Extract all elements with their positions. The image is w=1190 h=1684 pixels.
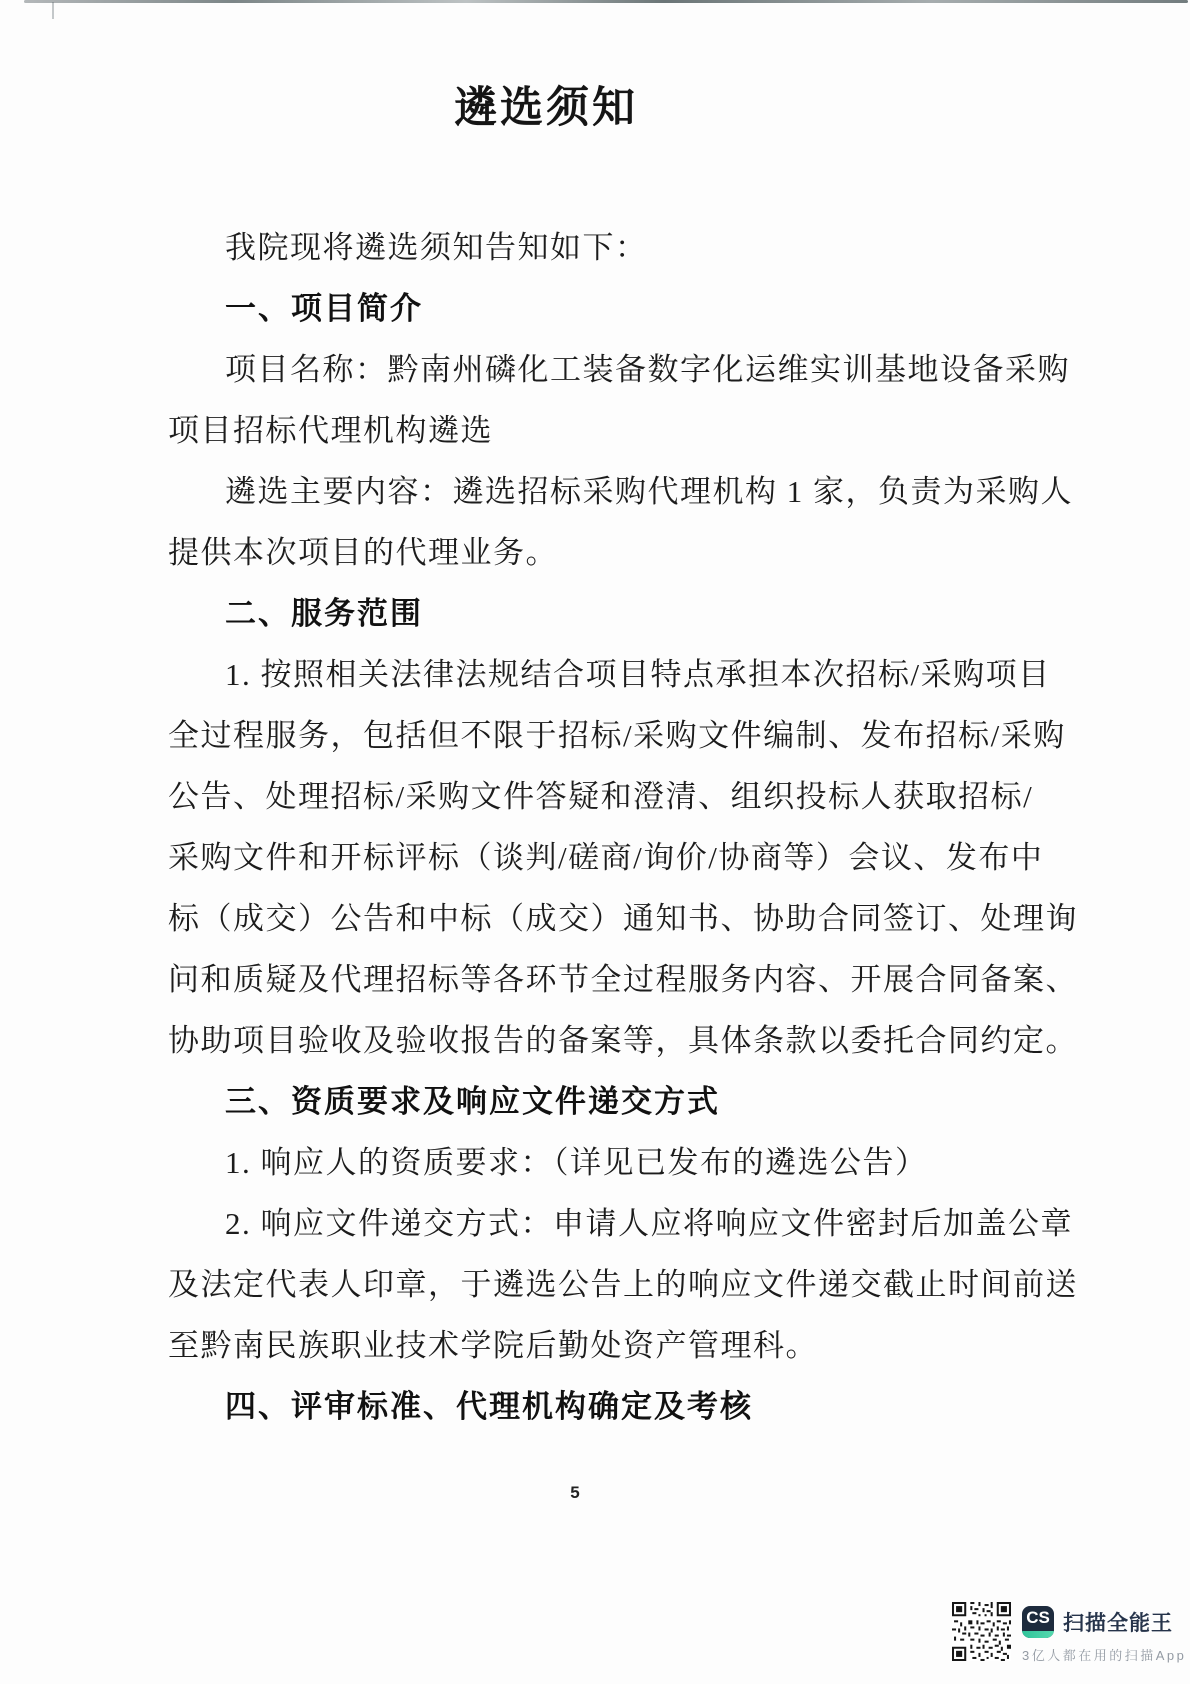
scan-edge-tick <box>52 2 54 19</box>
scanned-document-page: 遴选须知 我院现将遴选须知告知如下： 一、项目简介 项目名称：黔南州磷化工装备数… <box>0 0 1190 1684</box>
paragraph: 1. 按照相关法律法规结合项目特点承担本次招标/采购项目 <box>168 644 1048 705</box>
paragraph: 及法定代表人印章，于遴选公告上的响应文件递交截止时间前送 <box>168 1254 1048 1315</box>
paragraph: 采购文件和开标评标（谈判/磋商/询价/协商等）会议、发布中 <box>168 827 1048 888</box>
paragraph: 问和质疑及代理招标等各环节全过程服务内容、开展合同备案、 <box>168 949 1048 1010</box>
section-heading: 二、服务范围 <box>168 583 1048 644</box>
camscanner-logo-letters: CS <box>1022 1608 1054 1628</box>
camscanner-logo-stripe <box>1022 1631 1054 1638</box>
paragraph: 1. 响应人的资质要求：（详见已发布的遴选公告） <box>168 1132 1048 1193</box>
camscanner-tagline: 3亿人都在用的扫描App <box>1022 1645 1186 1664</box>
document-body: 我院现将遴选须知告知如下： 一、项目简介 项目名称：黔南州磷化工装备数字化运维实… <box>168 217 1048 1437</box>
paragraph: 遴选主要内容：遴选招标采购代理机构 1 家，负责为采购人 <box>168 461 1048 522</box>
section-heading: 一、项目简介 <box>168 278 1048 339</box>
camscanner-app-name: 扫描全能王 <box>1063 1607 1173 1637</box>
section-heading: 四、评审标准、代理机构确定及考核 <box>168 1376 1048 1437</box>
camscanner-logo-icon: CS <box>1022 1606 1054 1638</box>
document-title: 遴选须知 <box>0 74 1092 135</box>
paragraph: 我院现将遴选须知告知如下： <box>168 217 1048 278</box>
paragraph: 至黔南民族职业技术学院后勤处资产管理科。 <box>168 1315 1048 1376</box>
camscanner-watermark: CS 扫描全能王 3亿人都在用的扫描App <box>952 1602 1186 1664</box>
paragraph: 公告、处理招标/采购文件答疑和澄清、组织投标人获取招标/ <box>168 766 1048 827</box>
paragraph: 项目名称：黔南州磷化工装备数字化运维实训基地设备采购 <box>168 339 1048 400</box>
paragraph: 项目招标代理机构遴选 <box>168 400 1048 461</box>
section-heading: 三、资质要求及响应文件递交方式 <box>168 1071 1048 1132</box>
page-number: 5 <box>0 1483 1150 1503</box>
paragraph: 协助项目验收及验收报告的备案等，具体条款以委托合同约定。 <box>168 1010 1048 1071</box>
paragraph: 标（成交）公告和中标（成交）通知书、协助合同签订、处理询 <box>168 888 1048 949</box>
paragraph: 提供本次项目的代理业务。 <box>168 522 1048 583</box>
paragraph: 2. 响应文件递交方式：申请人应将响应文件密封后加盖公章 <box>168 1193 1048 1254</box>
paragraph: 全过程服务，包括但不限于招标/采购文件编制、发布招标/采购 <box>168 705 1048 766</box>
scan-edge-artifact <box>24 0 1188 3</box>
qr-code-icon <box>952 1602 1011 1661</box>
